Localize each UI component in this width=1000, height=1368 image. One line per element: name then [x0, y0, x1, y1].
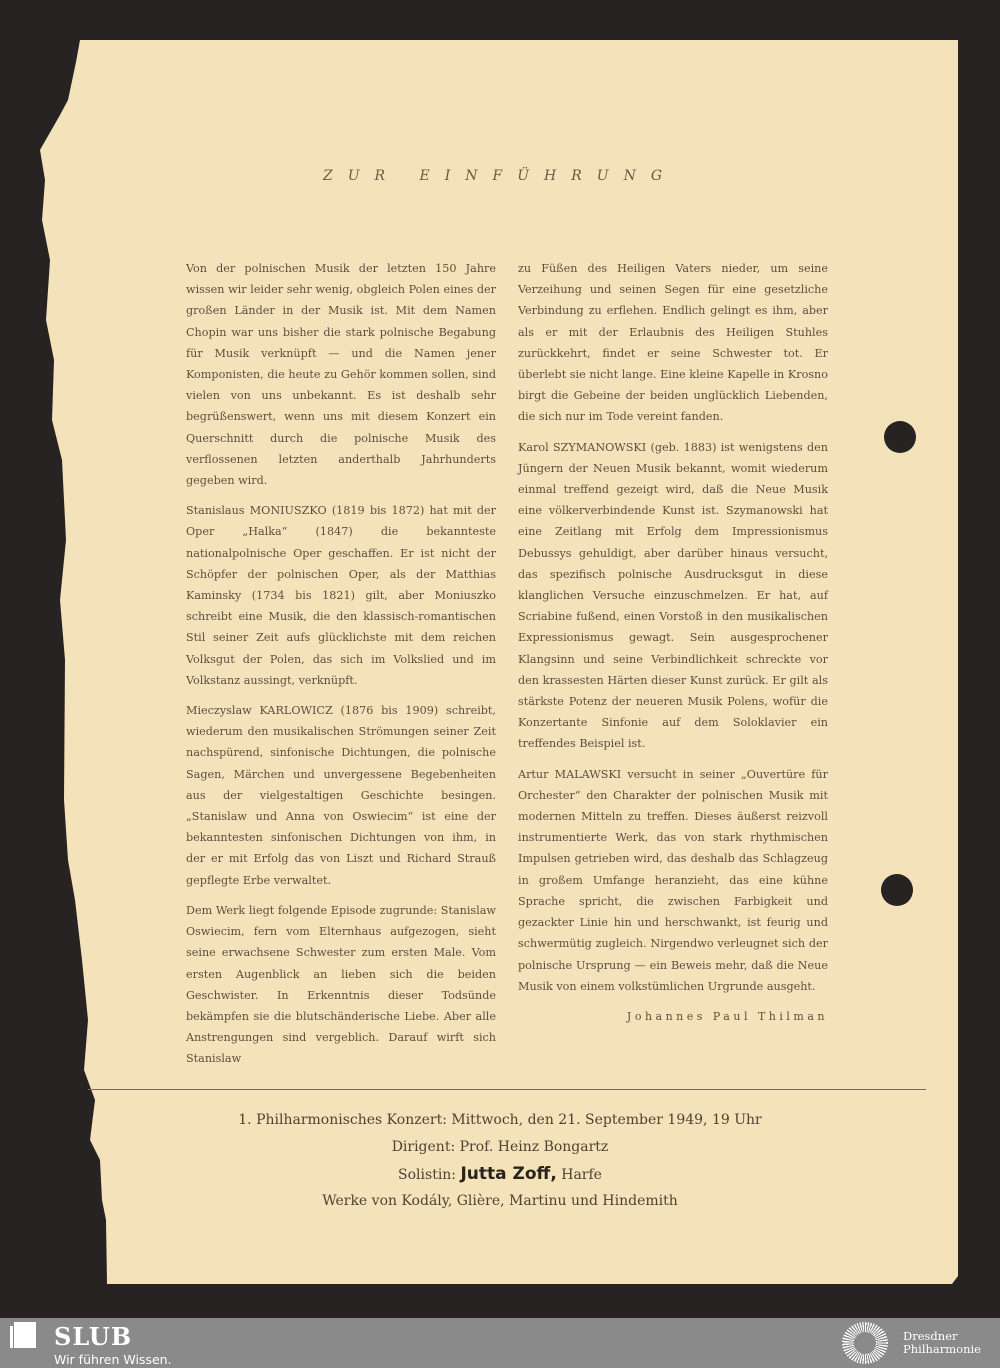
dresdner-philharmonie-logo-icon — [842, 1322, 888, 1364]
slub-tagline: Wir führen Wissen. — [54, 1352, 172, 1367]
paragraph: Von der polnischen Musik der letzten 150… — [186, 258, 496, 491]
punch-hole — [884, 421, 916, 453]
slub-name[interactable]: SLUB — [54, 1322, 132, 1351]
conductor-name: Prof. Heinz Bongartz — [460, 1139, 609, 1155]
conductor-label: Dirigent: — [392, 1139, 455, 1155]
concert-date-line: 1. Philharmonisches Konzert: Mittwoch, d… — [0, 1112, 1000, 1128]
paragraph: Mieczyslaw KARLOWICZ (1876 bis 1909) sch… — [186, 700, 496, 891]
paragraph: Dem Werk liegt folgende Episode zugrunde… — [186, 900, 496, 1070]
paragraph: Karol SZYMANOWSKI (geb. 1883) ist wenigs… — [518, 437, 828, 755]
partner-name-line2: Philharmonie — [903, 1343, 981, 1356]
divider — [88, 1089, 926, 1090]
conductor-line: Dirigent: Prof. Heinz Bongartz — [0, 1139, 1000, 1155]
soloist-name: Jutta Zoff, — [460, 1164, 556, 1184]
footer-bar: SLUB Wir führen Wissen. Dresdner Philhar… — [0, 1318, 1000, 1368]
soloist-label: Solistin: — [398, 1167, 456, 1183]
works-line: Werke von Kodály, Glière, Martinu und Hi… — [0, 1193, 1000, 1209]
paragraph: zu Füßen des Heiligen Vaters nieder, um … — [518, 258, 828, 428]
paragraph: Artur MALAWSKI versucht in seiner „Ouver… — [518, 764, 828, 997]
text-column-right: zu Füßen des Heiligen Vaters nieder, um … — [518, 258, 828, 1027]
punch-hole — [881, 874, 913, 906]
page-title: ZUR EINFÜHRUNG — [0, 168, 1000, 184]
soloist-line: Solistin: Jutta Zoff, Harfe — [0, 1164, 1000, 1184]
soloist-instrument: Harfe — [561, 1167, 602, 1183]
text-column-left: Von der polnischen Musik der letzten 150… — [186, 258, 496, 1079]
author-signature: Johannes Paul Thilman — [518, 1006, 828, 1027]
paragraph: Stanislaus MONIUSZKO (1819 bis 1872) hat… — [186, 500, 496, 691]
partner-name[interactable]: Dresdner Philharmonie — [903, 1330, 981, 1356]
slub-logo-icon — [14, 1322, 36, 1348]
